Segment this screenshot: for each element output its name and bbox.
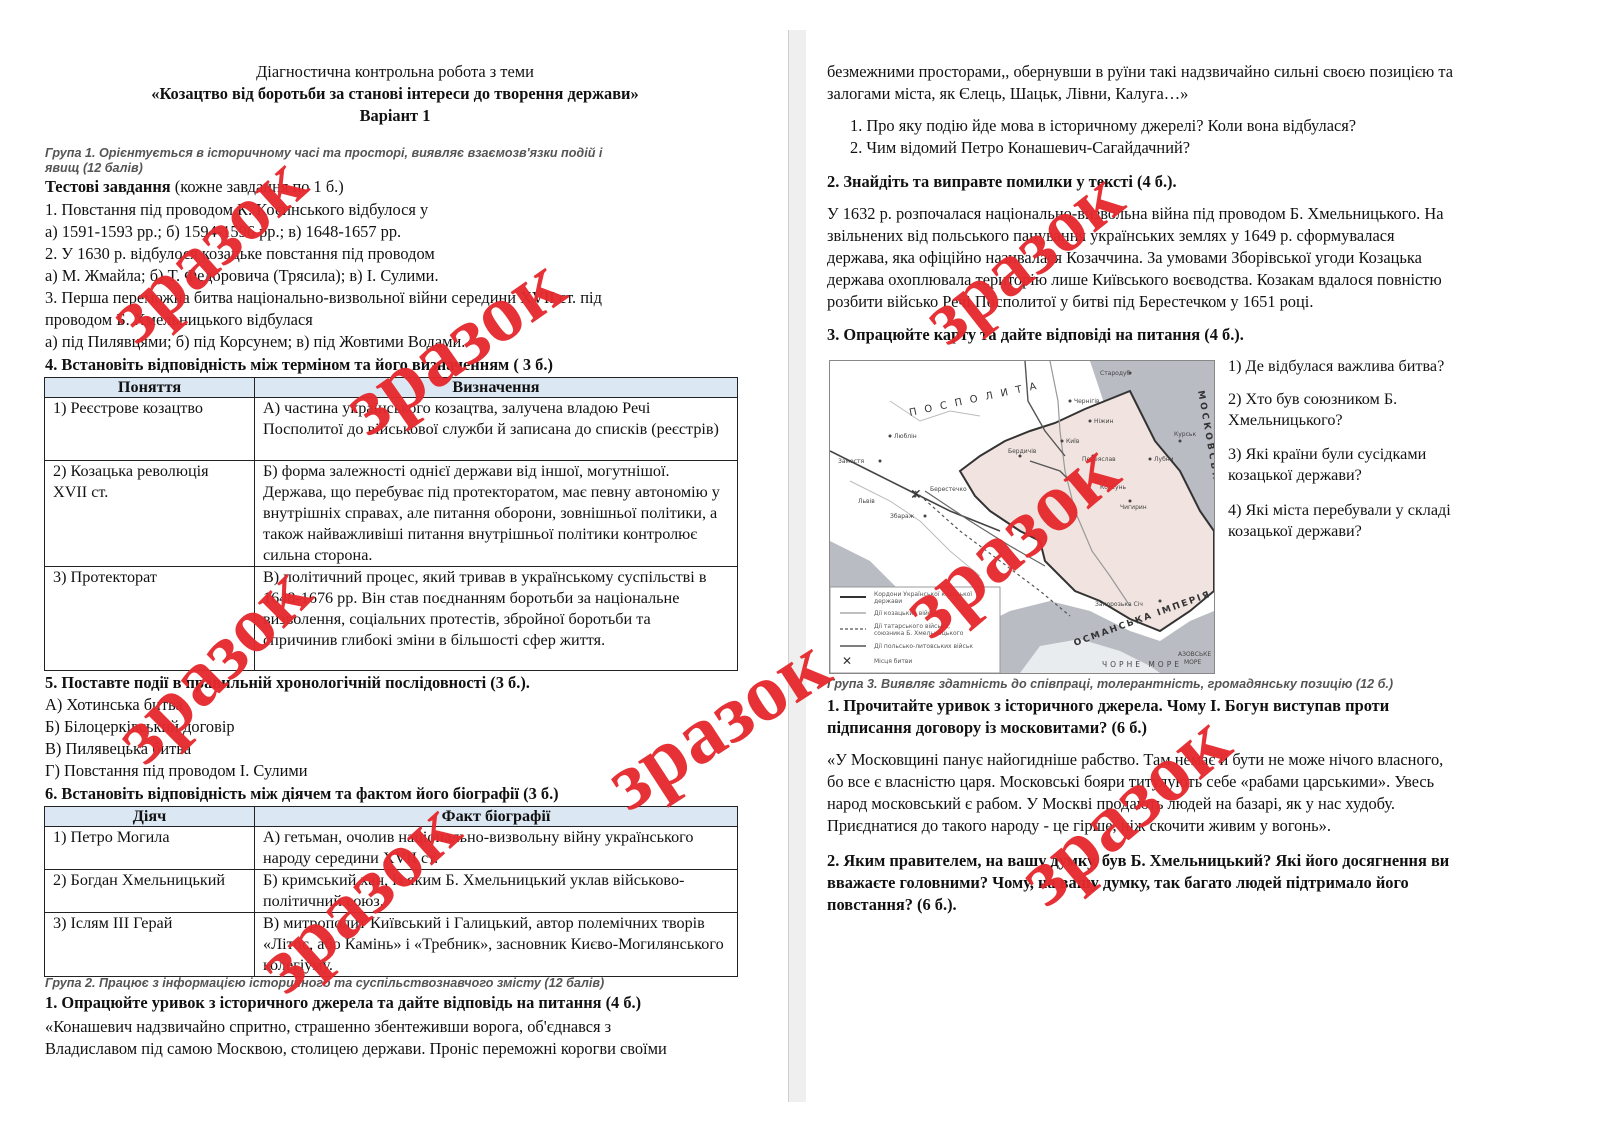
test-q3-options: а) під Пилявцями; б) під Корсунем; в) пі… bbox=[45, 331, 465, 352]
svg-text:Місця битви: Місця битви bbox=[874, 658, 912, 665]
group2-task1-heading: 1. Опрацюйте уривок з історичного джерел… bbox=[45, 992, 641, 1013]
definition-cell: Б) форма залежності однієї держави від і… bbox=[255, 461, 738, 567]
table-row: 1) Реєстрове козацтво А) частина українс… bbox=[45, 398, 738, 461]
svg-text:Замостя: Замостя bbox=[838, 458, 865, 465]
svg-text:Бердичів: Бердичів bbox=[1008, 448, 1037, 455]
person-cell: 3) Іслям ІІІ Герай bbox=[45, 913, 255, 977]
svg-text:Чигирин: Чигирин bbox=[1120, 504, 1147, 511]
svg-text:Корсунь: Корсунь bbox=[1100, 484, 1127, 491]
svg-text:Лубни: Лубни bbox=[1154, 456, 1174, 463]
table-row: 2) Богдан Хмельницький Б) кримський хан,… bbox=[45, 870, 738, 913]
task5-item: А) Хотинська битва bbox=[45, 694, 183, 715]
definition-cell: В) політичний процес, який тривав в укра… bbox=[255, 567, 738, 671]
task6-col-person: Діяч bbox=[45, 807, 255, 827]
source-cont-line2: залогами міста, як Єлець, Шацьк, Лівни, … bbox=[827, 83, 1188, 104]
map-question: 4) Які міста перебували у складі козацьк… bbox=[1228, 500, 1468, 542]
task4-col-term: Поняття bbox=[45, 378, 255, 398]
test-q2-options: а) М. Жмайла; б) Т. Федоровича (Трясила)… bbox=[45, 265, 439, 286]
task2-line: У 1632 р. розпочалася національно-визвол… bbox=[827, 203, 1444, 224]
task6-table: Діяч Факт біографії 1) Петро Могила А) г… bbox=[44, 806, 738, 977]
svg-text:Львів: Львів bbox=[858, 498, 875, 505]
task2-line: держава охоплювала територію лише Київсь… bbox=[827, 269, 1442, 290]
source-line2: Владиславом під самою Москвою, столицею … bbox=[45, 1038, 667, 1059]
group3-title: Група 3. Виявляє здатність до співпраці,… bbox=[827, 677, 1393, 691]
group3-task2-line: вважаєте головними? Чому, на вашу думку,… bbox=[827, 872, 1409, 893]
document-page-left: Діагностична контрольна робота з теми «К… bbox=[0, 0, 790, 1131]
task3-heading: 3. Опрацюйте карту та дайте відповіді на… bbox=[827, 324, 1244, 345]
task2-line: розбити військо Речі Посполитої у битві … bbox=[827, 291, 1313, 312]
tests-heading-bold: Тестові завдання bbox=[45, 177, 171, 196]
group3-task1-line1: 1. Прочитайте уривок з історичного джере… bbox=[827, 695, 1389, 716]
task5-item: Г) Повстання під проводом І. Сулими bbox=[45, 760, 308, 781]
group3-task2-line: 2. Яким правителем, на вашу думку, був Б… bbox=[827, 850, 1449, 871]
svg-text:АЗОВСЬКЕ: АЗОВСЬКЕ bbox=[1178, 651, 1211, 658]
task6-col-fact: Факт біографії bbox=[255, 807, 738, 827]
quote-line: бо все є власністю царя. Московські бояр… bbox=[827, 771, 1434, 792]
map-question: 2) Хто був союзником Б. Хмельницького? bbox=[1228, 389, 1448, 431]
task4-col-definition: Визначення bbox=[255, 378, 738, 398]
task4-heading: 4. Встановіть відповідність між терміном… bbox=[45, 354, 553, 375]
svg-text:Ніжин: Ніжин bbox=[1094, 418, 1113, 425]
svg-text:Дії татарського війська,: Дії татарського війська, bbox=[874, 623, 950, 630]
group1-title-line2: явищ (12 балів) bbox=[45, 161, 143, 175]
fact-cell: В) митрополит Київський і Галицький, авт… bbox=[255, 913, 738, 977]
svg-text:Кордони Української козацької: Кордони Української козацької bbox=[874, 591, 972, 598]
task4-table: Поняття Визначення 1) Реєстрове козацтво… bbox=[44, 377, 738, 671]
group2-title: Група 2. Працює з інформацією історичног… bbox=[45, 976, 604, 990]
header-line1: Діагностична контрольна робота з теми bbox=[45, 61, 745, 82]
term-cell: 1) Реєстрове козацтво bbox=[45, 398, 255, 461]
task6-heading: 6. Встановіть відповідність між діячем т… bbox=[45, 783, 559, 804]
source-line1: «Конашевич надзвичайно спритно, страшенн… bbox=[45, 1016, 611, 1037]
person-cell: 2) Богдан Хмельницький bbox=[45, 870, 255, 913]
source-question: 1. Про яку подію йде мова в історичному … bbox=[850, 115, 1356, 136]
svg-text:Переяслав: Переяслав bbox=[1082, 456, 1116, 463]
test-q3-line2: проводом Б. Хмельницького відбулася bbox=[45, 309, 313, 330]
table-row: 3) Протекторат В) політичний процес, яки… bbox=[45, 567, 738, 671]
group1-title-line1: Група 1. Орієнтується в історичному часі… bbox=[45, 146, 602, 160]
test-q1: 1. Повстання під проводом К. Косинського… bbox=[45, 199, 428, 220]
svg-text:Дії польсько-литовських військ: Дії польсько-литовських військ bbox=[874, 643, 973, 650]
svg-text:Дії козацьких військ: Дії козацьких військ bbox=[874, 610, 939, 617]
header-topic: «Козацтво від боротьби за станові інтере… bbox=[45, 83, 745, 104]
page-gutter bbox=[788, 30, 808, 1102]
svg-text:союзника Б. Хмельницького: союзника Б. Хмельницького bbox=[874, 630, 964, 637]
task2-line: звільнених від польського панування укра… bbox=[827, 225, 1395, 246]
task2-heading: 2. Знайдіть та виправте помилки у тексті… bbox=[827, 171, 1177, 192]
test-q1-options: а) 1591-1593 рр.; б) 1594-1596 рр.; в) 1… bbox=[45, 221, 401, 242]
svg-text:Чернігів: Чернігів bbox=[1074, 398, 1100, 405]
svg-text:✕: ✕ bbox=[842, 654, 852, 668]
task5-item: В) Пилявецька битва bbox=[45, 738, 191, 759]
fact-cell: А) гетьман, очолив національно-визвольну… bbox=[255, 827, 738, 870]
tests-heading: Тестові завдання (кожне завдання по 1 б.… bbox=[45, 176, 344, 197]
task5-heading: 5. Поставте події в правильній хронологі… bbox=[45, 672, 530, 693]
map-question: 3) Які країни були сусідками козацької д… bbox=[1228, 444, 1458, 486]
table-row: 3) Іслям ІІІ Герай В) митрополит Київськ… bbox=[45, 913, 738, 977]
fact-cell: Б) кримський хан, із яким Б. Хмельницьки… bbox=[255, 870, 738, 913]
svg-text:Люблін: Люблін bbox=[894, 433, 917, 440]
task5-item: Б) Білоцерківський договір bbox=[45, 716, 235, 737]
header-variant: Варіант 1 bbox=[45, 105, 745, 126]
quote-line: «У Московщині панує найогидніше рабство.… bbox=[827, 749, 1443, 770]
tests-heading-note: (кожне завдання по 1 б.) bbox=[171, 177, 344, 196]
table-row: 2) Козацька революція XVII ст. Б) форма … bbox=[45, 461, 738, 567]
svg-text:Запорозька Січ: Запорозька Січ bbox=[1095, 601, 1143, 608]
svg-text:держави: держави bbox=[874, 598, 902, 605]
term-cell: 2) Козацька революція XVII ст. bbox=[45, 461, 255, 567]
svg-text:МОРЕ: МОРЕ bbox=[1184, 659, 1202, 666]
task2-line: держава, яка офіційно називалася Козаччи… bbox=[827, 247, 1422, 268]
group3-task1-line2: підписання договору із московитами? (6 б… bbox=[827, 717, 1147, 738]
svg-text:Курськ: Курськ bbox=[1174, 431, 1196, 438]
group3-task2-line: повстання? (6 б.). bbox=[827, 894, 957, 915]
definition-cell: А) частина українського козацтва, залуче… bbox=[255, 398, 738, 461]
test-q2: 2. У 1630 р. відбулося козацьке повстанн… bbox=[45, 243, 435, 264]
svg-text:ЧОРНЕ МОРЕ: ЧОРНЕ МОРЕ bbox=[1102, 660, 1182, 669]
test-q3-line1: 3. Перша переможна битва національно-виз… bbox=[45, 287, 602, 308]
svg-text:Берестечко: Берестечко bbox=[930, 486, 967, 493]
person-cell: 1) Петро Могила bbox=[45, 827, 255, 870]
svg-text:Київ: Київ bbox=[1066, 438, 1080, 445]
svg-text:Збараж: Збараж bbox=[890, 513, 915, 520]
term-cell: 3) Протекторат bbox=[45, 567, 255, 671]
source-cont-line1: безмежними просторами,, обернувши в руїн… bbox=[827, 61, 1453, 82]
map-question: 1) Де відбулася важлива битва? bbox=[1228, 356, 1444, 377]
historical-map: ✕ ПОСПОЛИТА ОСМАНСЬКА ІМПЕРІЯ ЧОРНЕ МОРЕ… bbox=[829, 360, 1215, 674]
quote-line: Приєднатися до такого народу - це гірше,… bbox=[827, 815, 1331, 836]
source-question: 2. Чим відомий Петро Конашевич-Сагайдачн… bbox=[850, 137, 1190, 158]
svg-text:Стародуб: Стародуб bbox=[1100, 370, 1131, 377]
table-row: 1) Петро Могила А) гетьман, очолив націо… bbox=[45, 827, 738, 870]
quote-line: народ московський є рабом. У Москві прод… bbox=[827, 793, 1395, 814]
map-legend: Кордони Української козацької держави Ді… bbox=[830, 587, 1000, 673]
